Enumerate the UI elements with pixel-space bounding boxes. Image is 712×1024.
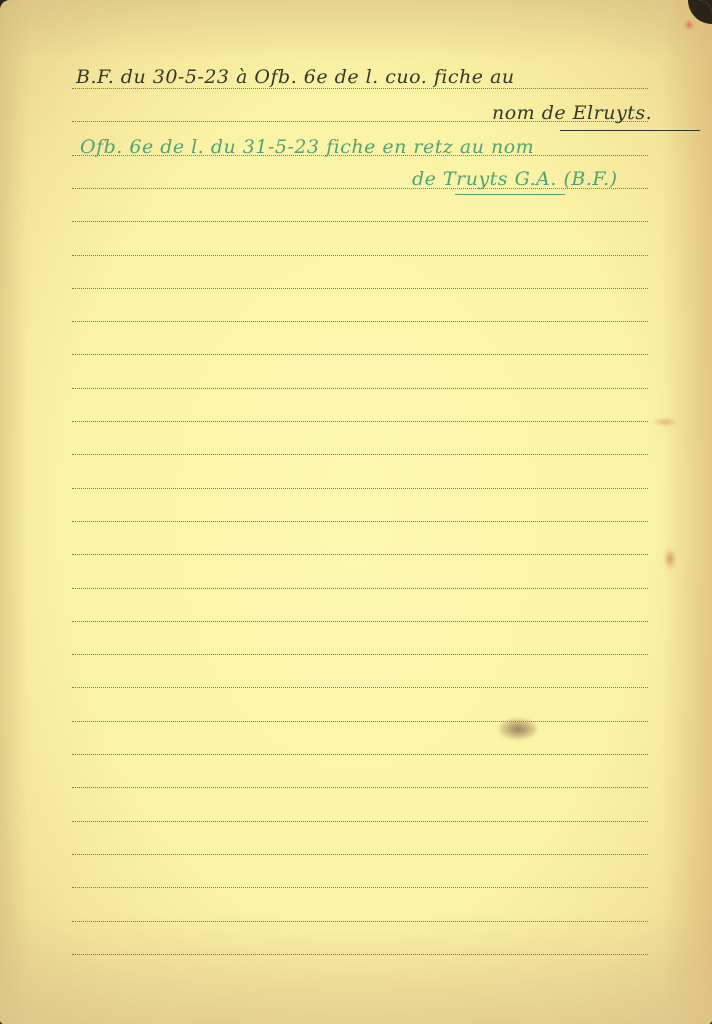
ruled-line — [72, 554, 648, 555]
ruled-line — [72, 887, 648, 888]
entry-1-line-1: B.F. du 30-5-23 à Ofb. 6e de l. cuo. fic… — [76, 66, 515, 88]
aged-edge-right — [662, 0, 712, 1024]
ruled-line — [72, 921, 648, 922]
ruled-line — [72, 654, 648, 655]
ruled-line — [72, 221, 648, 222]
entry-2-line-1: Ofb. 6e de l. du 31-5-23 fiche en retz a… — [80, 136, 534, 158]
red-speck — [686, 22, 692, 28]
ruled-line — [72, 754, 648, 755]
ruled-line — [72, 521, 648, 522]
ruled-line — [72, 321, 648, 322]
ruled-line — [72, 821, 648, 822]
ruled-line — [72, 687, 648, 688]
entry-2-underline — [455, 194, 565, 195]
ruled-line — [72, 354, 648, 355]
ruled-line — [72, 854, 648, 855]
ruled-line — [72, 954, 648, 955]
index-card: B.F. du 30-5-23 à Ofb. 6e de l. cuo. fic… — [0, 0, 712, 1024]
ruled-line — [72, 288, 648, 289]
ruled-line — [72, 488, 648, 489]
ruled-line — [72, 787, 648, 788]
rust-stain — [664, 548, 676, 570]
ruled-line — [72, 255, 648, 256]
ruled-line — [72, 88, 648, 89]
entry-2-line-2: de Truyts G.A. (B.F.) — [412, 168, 618, 190]
ruled-line — [72, 421, 648, 422]
entry-1-underline — [560, 130, 700, 131]
rust-stain — [652, 418, 678, 426]
aged-edge-left — [0, 0, 28, 1024]
ruled-line — [72, 721, 648, 722]
ruled-line — [72, 621, 648, 622]
ink-smudge — [498, 718, 538, 740]
entry-1-line-2: nom de Elruyts. — [492, 102, 652, 124]
ruled-line — [72, 388, 648, 389]
aged-edge-top — [0, 0, 712, 60]
ruled-line — [72, 588, 648, 589]
aged-edge-bottom — [0, 914, 712, 1024]
ruled-line — [72, 454, 648, 455]
